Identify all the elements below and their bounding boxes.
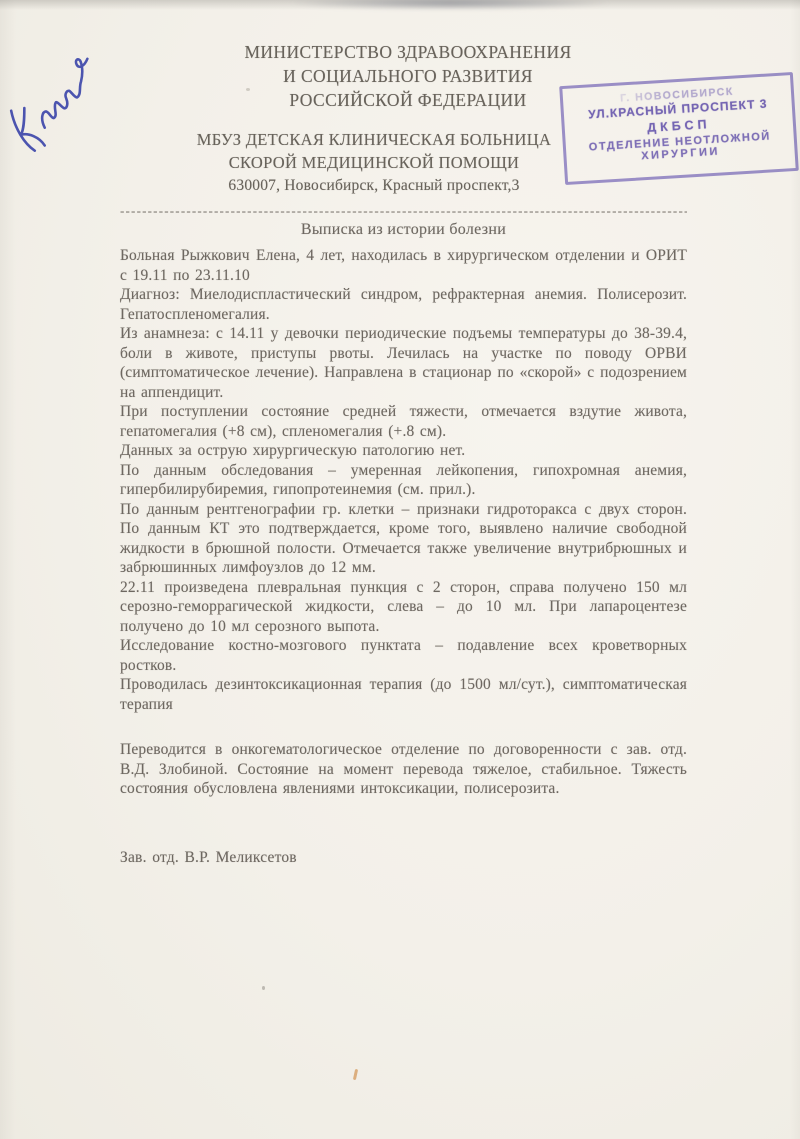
paper-speck — [246, 88, 250, 91]
document-title: Выписка из истории болезни — [120, 219, 687, 241]
paragraph-admission: При поступлении состояние средней тяжест… — [120, 402, 687, 441]
paragraph-puncture: 22.11 произведена плевральная пункция с … — [120, 578, 687, 637]
ministry-line: МИНИСТЕРСТВО ЗДРАВООХРАНЕНИЯ — [8, 40, 800, 64]
scan-artifact-top — [290, 0, 610, 10]
signature-line: Зав. отд. В.Р. Меликсетов — [120, 849, 297, 867]
section-divider: ----------------------------------------… — [120, 204, 687, 218]
hospital-stamp: Г. НОВОСИБИРСК УЛ.КРАСНЫЙ ПРОСПЕКТ 3 ДКБ… — [559, 72, 799, 185]
document-body: Больная Рыжкович Елена, 4 лет, находилас… — [120, 246, 687, 799]
paragraph-anamnesis: Из анамнеза: с 14.11 у девочки периодиче… — [120, 324, 687, 402]
paragraph-patient: Больная Рыжкович Елена, 4 лет, находилас… — [120, 246, 687, 285]
document-content: ----------------------------------------… — [120, 204, 687, 799]
paragraph-no-pathology: Данных за острую хирургическую патологию… — [120, 441, 687, 461]
paragraph-imaging: По данным рентгенографии гр. клетки – пр… — [120, 500, 687, 578]
paragraph-diagnosis: Диагноз: Миелодиспластический синдром, р… — [120, 285, 687, 324]
paper-speck — [262, 986, 265, 990]
paragraph-therapy: Проводилась дезинтоксикационная терапия … — [120, 675, 687, 714]
paragraph-transfer: Переводится в онкогематологическое отдел… — [120, 740, 687, 799]
paragraph-bone-marrow: Исследование костно-мозгового пунктата –… — [120, 636, 687, 675]
paragraph-labs: По данным обследования – умеренная лейко… — [120, 461, 687, 500]
ink-fleck — [353, 1069, 358, 1080]
scanned-document-page: Копия МИНИСТЕРСТВО ЗДРАВООХРАНЕНИЯ И СОЦ… — [0, 0, 800, 1139]
